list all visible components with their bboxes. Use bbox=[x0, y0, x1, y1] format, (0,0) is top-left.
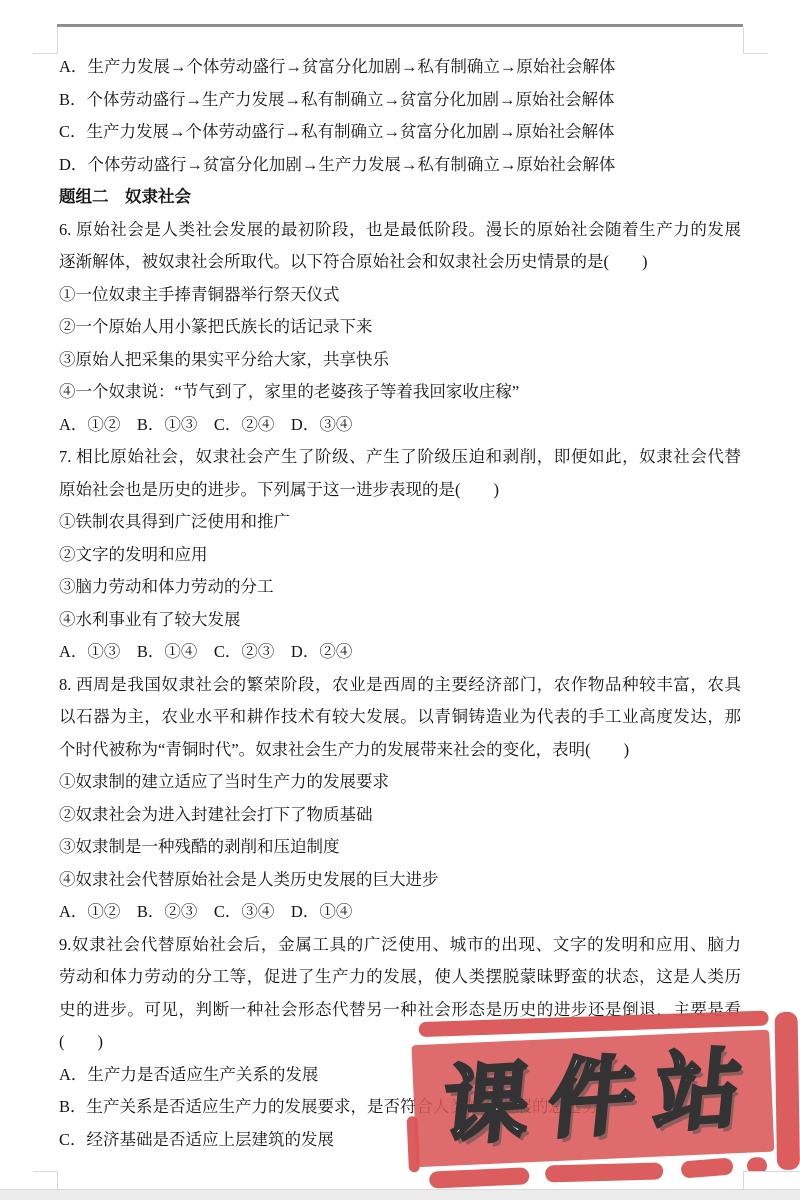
question-7-answers: A．①③ B．①④ C．②③ D．②④ bbox=[59, 636, 741, 669]
question-8-stem: 以石器为主，农业水平和耕作技术有较大发展。以青铜铸造业为代表的手工业高度发达，那 bbox=[59, 701, 741, 734]
page-corner-bottom-right bbox=[743, 1171, 800, 1189]
page-top-edge bbox=[57, 24, 743, 27]
question-8-stem: 8. 西周是我国奴隶社会的繁荣阶段，农业是西周的主要经济部门，农作物品种较丰富，… bbox=[59, 669, 741, 702]
stamp-border-bottom bbox=[680, 1157, 733, 1178]
margin-mark-top-left bbox=[57, 27, 58, 53]
option-line: B．个体劳动盛行→生产力发展→私有制确立→贫富分化加剧→原始社会解体 bbox=[59, 84, 741, 117]
page-bottom-gap bbox=[0, 1189, 800, 1200]
question-9-option: C．经济基础是否适应上层建筑的发展 bbox=[59, 1124, 741, 1157]
question-6-item: ①一位奴隶主手捧青铜器举行祭天仪式 bbox=[59, 279, 741, 312]
question-6-answers: A．①② B．①③ C．②④ D．③④ bbox=[59, 409, 741, 442]
question-8-answers: A．①② B．②③ C．③④ D．①④ bbox=[59, 896, 741, 929]
stamp-border-right bbox=[775, 1012, 800, 1170]
margin-mark-top-left bbox=[33, 53, 58, 54]
margin-mark-top-right bbox=[743, 27, 744, 53]
question-6-stem: 逐渐解体，被奴隶社会所取代。以下符合原始社会和奴隶社会历史情景的是( ) bbox=[59, 246, 741, 279]
question-9-stem: 史的进步。可见，判断一种社会形态代替另一种社会形态是历史的进步还是倒退，主要是看 bbox=[59, 994, 741, 1027]
stamp-border-bottom bbox=[545, 1162, 663, 1182]
option-line: A．生产力发展→个体劳动盛行→贫富分化加剧→私有制确立→原始社会解体 bbox=[59, 51, 741, 84]
question-9-paren: ( ) bbox=[59, 1026, 741, 1059]
document-page: A．生产力发展→个体劳动盛行→贫富分化加剧→私有制确立→原始社会解体 B．个体劳… bbox=[0, 0, 800, 1200]
question-8-stem: 个时代被称为“青铜时代”。奴隶社会生产力的发展带来社会的变化，表明( ) bbox=[59, 734, 741, 767]
question-9-option: B．生产关系是否适应生产力的发展要求，是否符合人类社会发展的总趋势 bbox=[59, 1091, 741, 1124]
option-line: D．个体劳动盛行→贫富分化加剧→生产力发展→私有制确立→原始社会解体 bbox=[59, 149, 741, 182]
question-8-item: ①奴隶制的建立适应了当时生产力的发展要求 bbox=[59, 766, 741, 799]
document-body: A．生产力发展→个体劳动盛行→贫富分化加剧→私有制确立→原始社会解体 B．个体劳… bbox=[59, 51, 741, 1156]
question-8-item: ②奴隶社会为进入封建社会打下了物质基础 bbox=[59, 799, 741, 832]
question-9-stem: 9.奴隶社会代替原始社会后，金属工具的广泛使用、城市的出现、文字的发明和应用、脑… bbox=[59, 929, 741, 962]
question-7-stem: 7. 相比原始社会，奴隶社会产生了阶级、产生了阶级压迫和剥削，即便如此，奴隶社会… bbox=[59, 441, 741, 474]
option-line: C．生产力发展→个体劳动盛行→私有制确立→贫富分化加剧→原始社会解体 bbox=[59, 116, 741, 149]
section-heading: 题组二 奴隶社会 bbox=[59, 181, 741, 214]
question-9-option: A．生产力是否适应生产关系的发展 bbox=[59, 1059, 741, 1092]
question-8-item: ③奴隶制是一种残酷的剥削和压迫制度 bbox=[59, 831, 741, 864]
question-7-item: ③脑力劳动和体力劳动的分工 bbox=[59, 571, 741, 604]
question-9-stem: 劳动和体力劳动的分工等，促进了生产力的发展，使人类摆脱蒙昧野蛮的状态，这是人类历 bbox=[59, 961, 741, 994]
stamp-border-bottom bbox=[429, 1167, 530, 1188]
margin-mark-bottom-left bbox=[33, 1171, 58, 1172]
margin-mark-top-right bbox=[743, 53, 768, 54]
question-7-stem: 原始社会也是历史的进步。下列属于这一进步表现的是( ) bbox=[59, 474, 741, 507]
question-6-stem: 6. 原始社会是人类社会发展的最初阶段，也是最低阶段。漫长的原始社会随着生产力的… bbox=[59, 214, 741, 247]
question-7-item: ②文字的发明和应用 bbox=[59, 539, 741, 572]
question-6-item: ②一个原始人用小篆把氏族长的话记录下来 bbox=[59, 311, 741, 344]
question-6-item: ④一个奴隶说：“节气到了，家里的老婆孩子等着我回家收庄稼” bbox=[59, 376, 741, 409]
question-8-item: ④奴隶社会代替原始社会是人类历史发展的巨大进步 bbox=[59, 864, 741, 897]
question-7-item: ④水利事业有了较大发展 bbox=[59, 604, 741, 637]
question-7-item: ①铁制农具得到广泛使用和推广 bbox=[59, 506, 741, 539]
margin-mark-bottom-left bbox=[57, 1171, 58, 1189]
question-6-item: ③原始人把采集的果实平分给大家，共享快乐 bbox=[59, 344, 741, 377]
